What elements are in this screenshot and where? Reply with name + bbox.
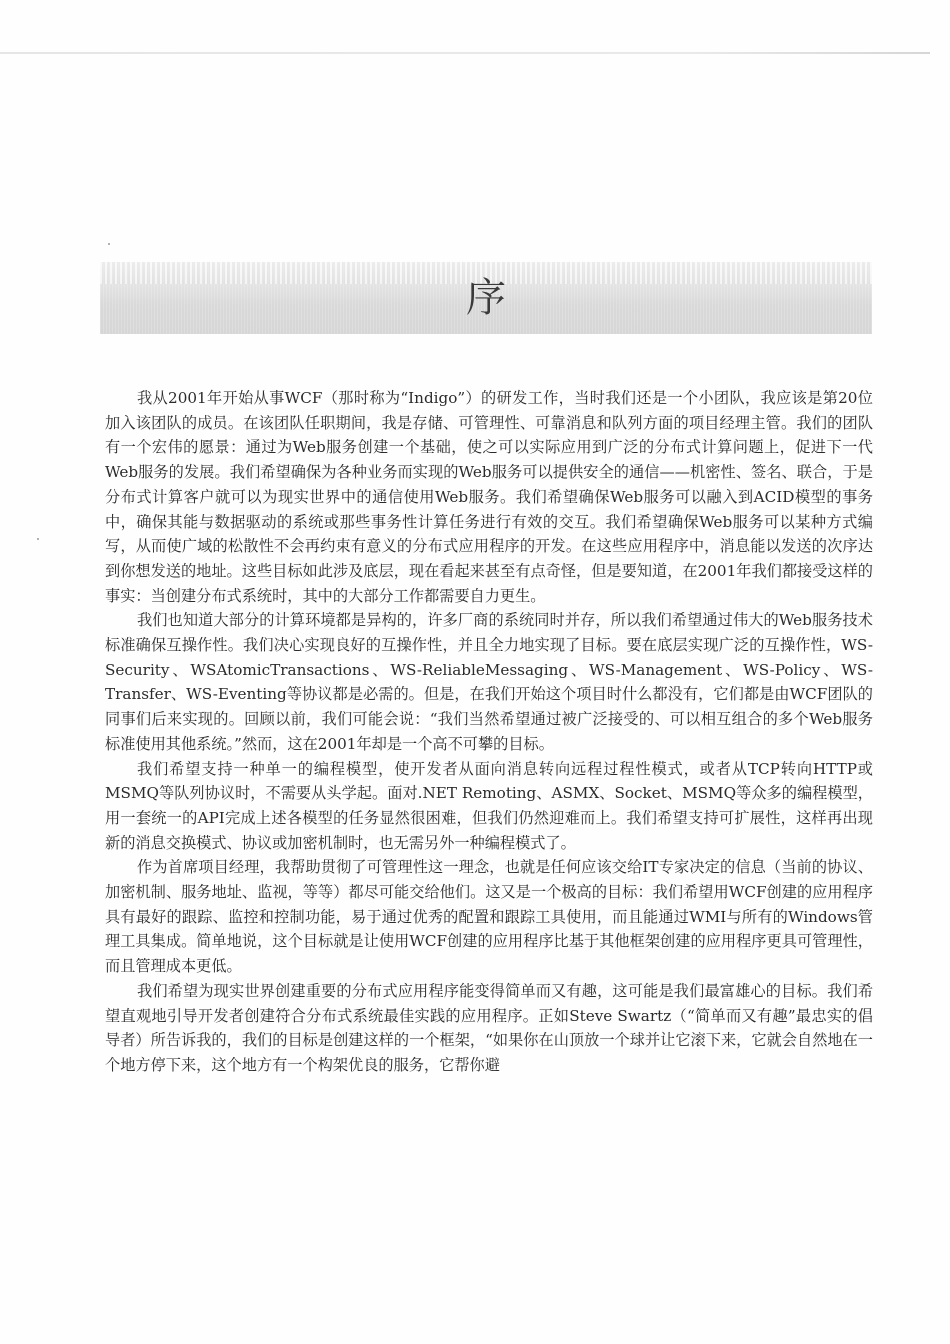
paragraph: 我们希望为现实世界创建重要的分布式应用程序能变得简单而又有趣，这可能是我们最富雄… [105, 979, 873, 1078]
paragraph: 我从2001年开始从事WCF（那时称为“Indigo”）的研发工作，当时我们还是… [105, 386, 873, 608]
chapter-title-banner: 序 [100, 262, 872, 334]
scan-speck [37, 538, 39, 540]
paragraph: 我们也知道大部分的计算环境都是异构的，许多厂商的系统同时并存，所以我们希望通过伟… [105, 608, 873, 756]
preface-body: 我从2001年开始从事WCF（那时称为“Indigo”）的研发工作，当时我们还是… [105, 386, 873, 1078]
scan-top-rule [0, 52, 930, 54]
scan-speck [108, 243, 110, 245]
chapter-title: 序 [100, 268, 872, 328]
paragraph: 作为首席项目经理，我帮助贯彻了可管理性这一理念，也就是任何应该交给IT专家决定的… [105, 855, 873, 979]
paragraph: 我们希望支持一种单一的编程模型，使开发者从面向消息转向远程过程性模式，或者从TC… [105, 757, 873, 856]
